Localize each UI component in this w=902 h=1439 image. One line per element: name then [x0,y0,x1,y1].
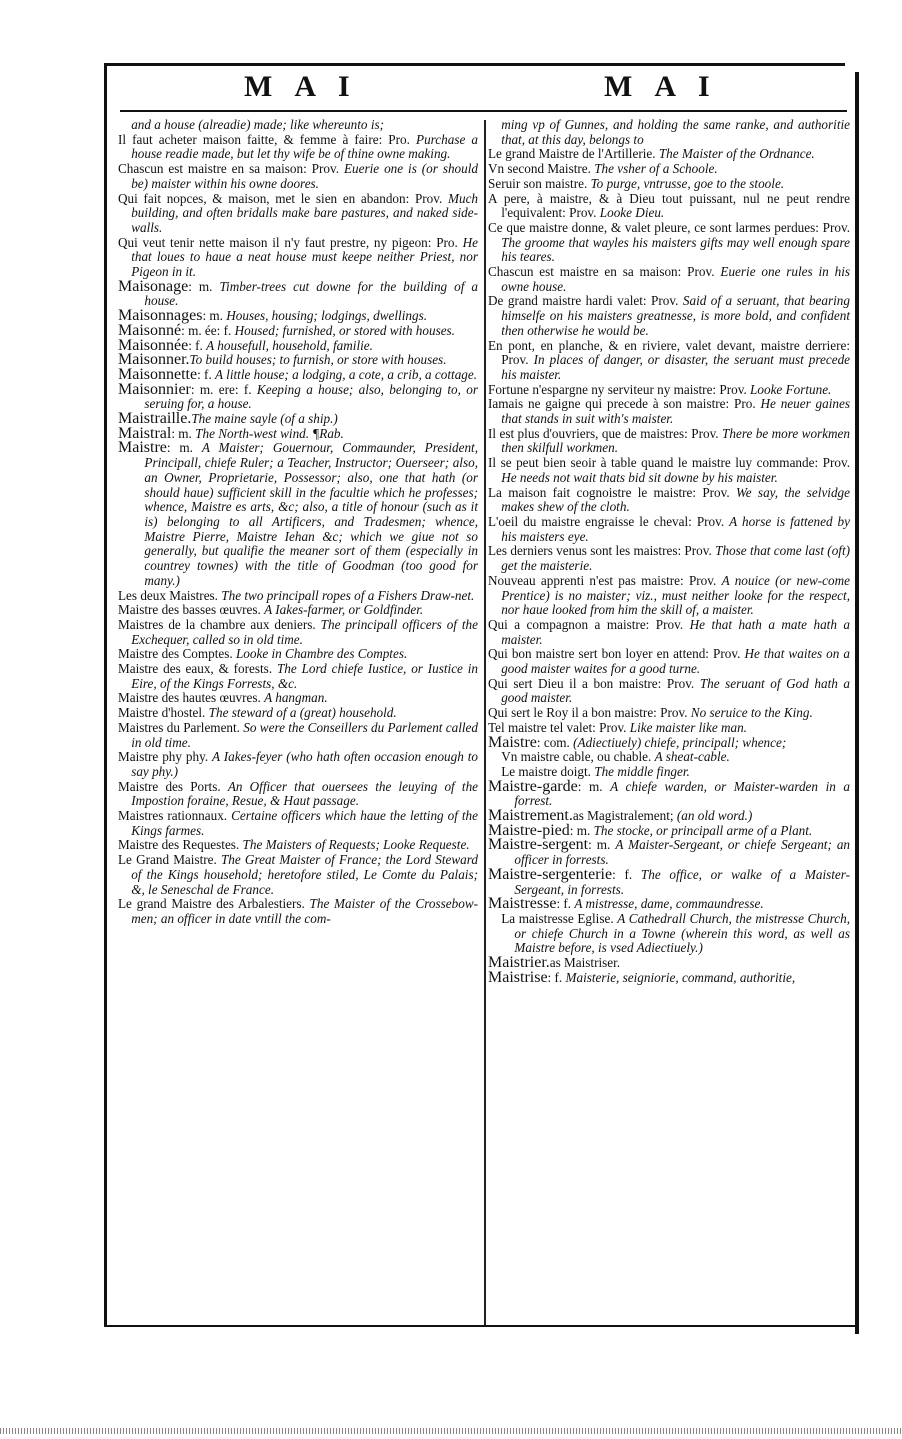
english-gloss: (an old word.) [677,808,752,823]
french-text: Seruir son maistre. [488,176,587,191]
dictionary-subentry: Maistres de la chambre aux deniers. The … [118,618,478,647]
dictionary-subentry: La maistresse Eglise. A Cathedrall Churc… [488,912,850,956]
french-text: Il se peut bien seoir à table quand le m… [488,455,850,470]
dictionary-headword-entry: Maistraille.The maine sayle (of a ship.) [118,412,478,427]
french-text: De grand maistre hardi valet: Prov. [488,293,678,308]
english-gloss: In places of danger, or disaster, the se… [501,352,850,382]
french-text: Qui sert le Roy il a bon maistre: Prov. [488,705,688,720]
dictionary-subentry: Vn second Maistre. The vsher of a School… [488,162,850,177]
column-divider [484,120,486,1326]
french-text: Le grand Maistre de l'Artillerie. [488,146,656,161]
dictionary-headword-entry: Maisonage: m. Timber-trees cut downe for… [118,280,478,309]
dictionary-subentry: Maistre d'hostel. The steward of a (grea… [118,706,478,721]
dictionary-subentry: Tel maistre tel valet: Prov. Like maiste… [488,721,850,736]
left-column: and a house (alreadie) made; like whereu… [118,118,478,927]
french-text: Qui bon maistre sert bon loyer en attend… [488,646,740,661]
dictionary-subentry: Il faut acheter maison faitte, & femme à… [118,133,478,162]
english-gloss: ming vp of Gunnes, and holding the same … [501,117,850,147]
french-text: Chascun est maistre en sa maison: Prov. [118,161,339,176]
french-text: Maistres rationnaux. [118,808,227,823]
english-gloss: He needs not wait thats bid sit downe by… [501,470,778,485]
french-text: Il faut acheter maison faitte, & femme à… [118,132,410,147]
english-gloss: No seruice to the King. [691,705,813,720]
headword: Maisonnier [118,381,191,398]
french-text: Qui veut tenir nette maison il n'y faut … [118,235,458,250]
french-text: Le grand Maistre des Arbalestiers. [118,896,305,911]
french-text: Maistres de la chambre aux deniers. [118,617,316,632]
dictionary-subentry: Maistre des basses œuvres. A Iakes-farme… [118,603,478,618]
dictionary-subentry: Qui sert Dieu il a bon maistre: Prov. Th… [488,677,850,706]
french-text: Vn maistre cable, ou chable. [501,749,651,764]
dictionary-subentry: La maison fait cognoistre le maistre: Pr… [488,486,850,515]
english-gloss: Maisterie, seigniorie, command, authorit… [566,970,796,985]
dictionary-subentry: Maistre des eaux, & forests. The Lord ch… [118,662,478,691]
french-text: : f. [197,367,212,382]
french-text: L'oeil du maistre engraisse le cheval: P… [488,514,724,529]
french-text: Qui fait nopces, & maison, met le sien e… [118,191,442,206]
dictionary-subentry: ming vp of Gunnes, and holding the same … [488,118,850,147]
dictionary-subentry: Il est plus d'ouvriers, que de maistres:… [488,427,850,456]
french-text: : m. [171,426,192,441]
french-text: Nouveau apprenti n'est pas maistre: Prov… [488,573,716,588]
english-gloss: Housed; furnished, or stored with houses… [235,323,455,338]
dictionary-subentry: Qui veut tenir nette maison il n'y faut … [118,236,478,280]
dictionary-subentry: Maistres du Parlement. So were the Conse… [118,721,478,750]
english-gloss: The Maister of the Ordnance. [659,146,815,161]
dictionary-subentry: De grand maistre hardi valet: Prov. Said… [488,294,850,338]
french-text: : m. [188,279,212,294]
french-text: Maistre des basses œuvres. [118,602,261,617]
french-text: Maistre des eaux, & forests. [118,661,272,676]
english-gloss: The stocke, or principall arme of a Plan… [594,823,813,838]
french-text: La maistresse Eglise. [501,911,613,926]
english-gloss: A Maister; Gouernour, Commaunder, Presid… [144,440,478,587]
french-text: La maison fait cognoistre le maistre: Pr… [488,485,730,500]
right-column: ming vp of Gunnes, and holding the same … [488,118,850,985]
french-text: Maistre des Ports. [118,779,221,794]
english-gloss: Looke in Chambre des Comptes. [236,646,407,661]
dictionary-subentry: and a house (alreadie) made; like whereu… [118,118,478,133]
english-gloss: (Adiectiuely) chiefe, principall; whence… [573,735,786,750]
english-gloss: The two principall ropes of a Fishers Dr… [221,588,474,603]
dictionary-subentry: Chascun est maistre en sa maison: Prov. … [118,162,478,191]
dictionary-subentry: Les derniers venus sont les maistres: Pr… [488,544,850,573]
french-text: as Maistriser. [550,955,620,970]
english-gloss: The Maisters of Requests; Looke Requeste… [243,837,470,852]
dictionary-headword-entry: Maistrise: f. Maisterie, seigniorie, com… [488,971,850,986]
french-text: Il est plus d'ouvriers, que de maistres:… [488,426,719,441]
headword: Maistre [488,734,537,751]
english-gloss: A hangman. [264,690,328,705]
dictionary-subentry: Le grand Maistre de l'Artillerie. The Ma… [488,147,850,162]
french-text: : m. [588,837,610,852]
french-text: Vn second Maistre. [488,161,591,176]
dictionary-headword-entry: Maistre: m. A Maister; Gouernour, Commau… [118,441,478,588]
dictionary-subentry: Qui fait nopces, & maison, met le sien e… [118,192,478,236]
dictionary-subentry: Vn maistre cable, ou chable. A sheat-cab… [488,750,850,765]
dictionary-subentry: Il se peut bien seoir à table quand le m… [488,456,850,485]
french-text: Iamais ne gaigne qui precede à son maist… [488,396,756,411]
french-text: Chascun est maistre en sa maison: Prov. [488,264,715,279]
frame-left-border [104,63,107,1327]
dictionary-subentry: A pere, à maistre, & à Dieu tout puissan… [488,192,850,221]
dictionary-subentry: Maistre phy phy. A Iakes-feyer (who hath… [118,750,478,779]
headword: Maistre [118,439,167,456]
english-gloss: Looke Dieu. [600,205,664,220]
french-text: Fortune n'espargne ny serviteur ny maist… [488,382,747,397]
french-text: Maistre d'hostel. [118,705,205,720]
dictionary-subentry: Qui sert le Roy il a bon maistre: Prov. … [488,706,850,721]
english-gloss: The steward of a (great) household. [209,705,397,720]
dictionary-subentry: Le grand Maistre des Arbalestiers. The M… [118,897,478,926]
dictionary-subentry: Seruir son maistre. To purge, vntrusse, … [488,177,850,192]
english-gloss: To build houses; to furnish, or store wi… [190,352,447,367]
french-text: Maistre des hautes œuvres. [118,690,261,705]
english-gloss: The groome that wayles his maisters gift… [501,235,850,265]
english-gloss: The vsher of a Schoole. [594,161,717,176]
dictionary-subentry: Maistre des Ports. An Officer that ouers… [118,780,478,809]
frame-right-border [855,72,859,1334]
english-gloss: The maine sayle (of a ship.) [191,411,338,426]
dictionary-headword-entry: Maistresse: f. A mistresse, dame, commau… [488,897,850,912]
english-gloss: A sheat-cable. [655,749,730,764]
headword: Maistre-sergenterie [488,866,612,883]
french-text: Maistres du Parlement. [118,720,240,735]
scan-artifact-strip [0,1428,902,1434]
dictionary-headword-entry: Maistre-sergenterie: f. The office, or w… [488,868,850,897]
english-gloss: A Iakes-farmer, or Goldfinder. [264,602,423,617]
dictionary-subentry: Ce que maistre donne, & valet pleure, ce… [488,221,850,265]
french-text: : m. [578,779,603,794]
header-rule [120,110,847,112]
english-gloss: The North-west wind. ¶Rab. [195,426,344,441]
french-text: : m. [202,308,223,323]
english-gloss: A housefull, household, familie. [206,338,373,353]
dictionary-headword-entry: Maistre-garde: m. A chiefe warden, or Ma… [488,780,850,809]
bottom-rule [106,1325,858,1327]
dictionary-subentry: Maistre des hautes œuvres. A hangman. [118,691,478,706]
english-gloss: A little house; a lodging, a cote, a cri… [215,367,477,382]
headword: Maisonage [118,278,188,295]
dictionary-subentry: Iamais ne gaigne qui precede à son maist… [488,397,850,426]
french-text: : f. [548,970,563,985]
dictionary-subentry: Fortune n'espargne ny serviteur ny maist… [488,383,850,398]
english-gloss: Looke Fortune. [750,382,831,397]
french-text: Maistre phy phy. [118,749,208,764]
french-text: Les derniers venus sont les maistres: Pr… [488,543,712,558]
dictionary-subentry: Le Grand Maistre. The Great Maister of F… [118,853,478,897]
english-gloss: The middle finger. [594,764,690,779]
dictionary-subentry: Chascun est maistre en sa maison: Prov. … [488,265,850,294]
french-text: : com. [537,735,570,750]
french-text: : m. ere: f. [191,382,252,397]
french-text: Qui sert Dieu il a bon maistre: Prov. [488,676,694,691]
frame-top-border [106,63,845,66]
french-text: Le Grand Maistre. [118,852,217,867]
dictionary-subentry: Nouveau apprenti n'est pas maistre: Prov… [488,574,850,618]
dictionary-subentry: En pont, en planche, & en riviere, valet… [488,339,850,383]
headword: Maistre-sergent [488,836,588,853]
dictionary-subentry: Qui a compagnon a maistre: Prov. He that… [488,618,850,647]
dictionary-headword-entry: Maistre: com. (Adiectiuely) chiefe, prin… [488,736,850,751]
french-text: : f. [556,896,571,911]
dictionary-headword-entry: Maisonnier: m. ere: f. Keeping a house; … [118,383,478,412]
french-text: as Magistralement; [573,808,677,823]
french-text: : f. [188,338,203,353]
french-text: : f. [612,867,632,882]
running-head-left: MAI [244,70,372,104]
headword: Maistrise [488,969,548,986]
english-gloss: Like maister like man. [630,720,747,735]
french-text: Ce que maistre donne, & valet pleure, ce… [488,220,850,235]
french-text: Maistre des Requestes. [118,837,239,852]
dictionary-subentry: Maistre des Comptes. Looke in Chambre de… [118,647,478,662]
french-text: Maistre des Comptes. [118,646,233,661]
dictionary-subentry: Maistre des Requestes. The Maisters of R… [118,838,478,853]
dictionary-subentry: Qui bon maistre sert bon loyer en attend… [488,647,850,676]
english-gloss: A mistresse, dame, commaundresse. [574,896,763,911]
dictionary-headword-entry: Maistre-sergent: m. A Maister-Sergeant, … [488,838,850,867]
english-gloss: and a house (alreadie) made; like whereu… [131,117,384,132]
headword: Maistre-garde [488,778,578,795]
english-gloss: To purge, vntrusse, goe to the stoole. [591,176,785,191]
dictionary-subentry: Les deux Maistres. The two principall ro… [118,589,478,604]
french-text: A pere, à maistre, & à Dieu tout puissan… [488,191,850,221]
french-text: : m. [167,440,193,455]
french-text: Qui a compagnon a maistre: Prov. [488,617,683,632]
running-head-right: MAI [604,70,732,104]
headword: Maistresse [488,895,556,912]
french-text: : m. ée: f. [181,323,231,338]
dictionary-subentry: L'oeil du maistre engraisse le cheval: P… [488,515,850,544]
dictionary-subentry: Maistres rationnaux. Certaine officers w… [118,809,478,838]
english-gloss: Houses, housing; lodgings, dwellings. [226,308,427,323]
french-text: Les deux Maistres. [118,588,218,603]
